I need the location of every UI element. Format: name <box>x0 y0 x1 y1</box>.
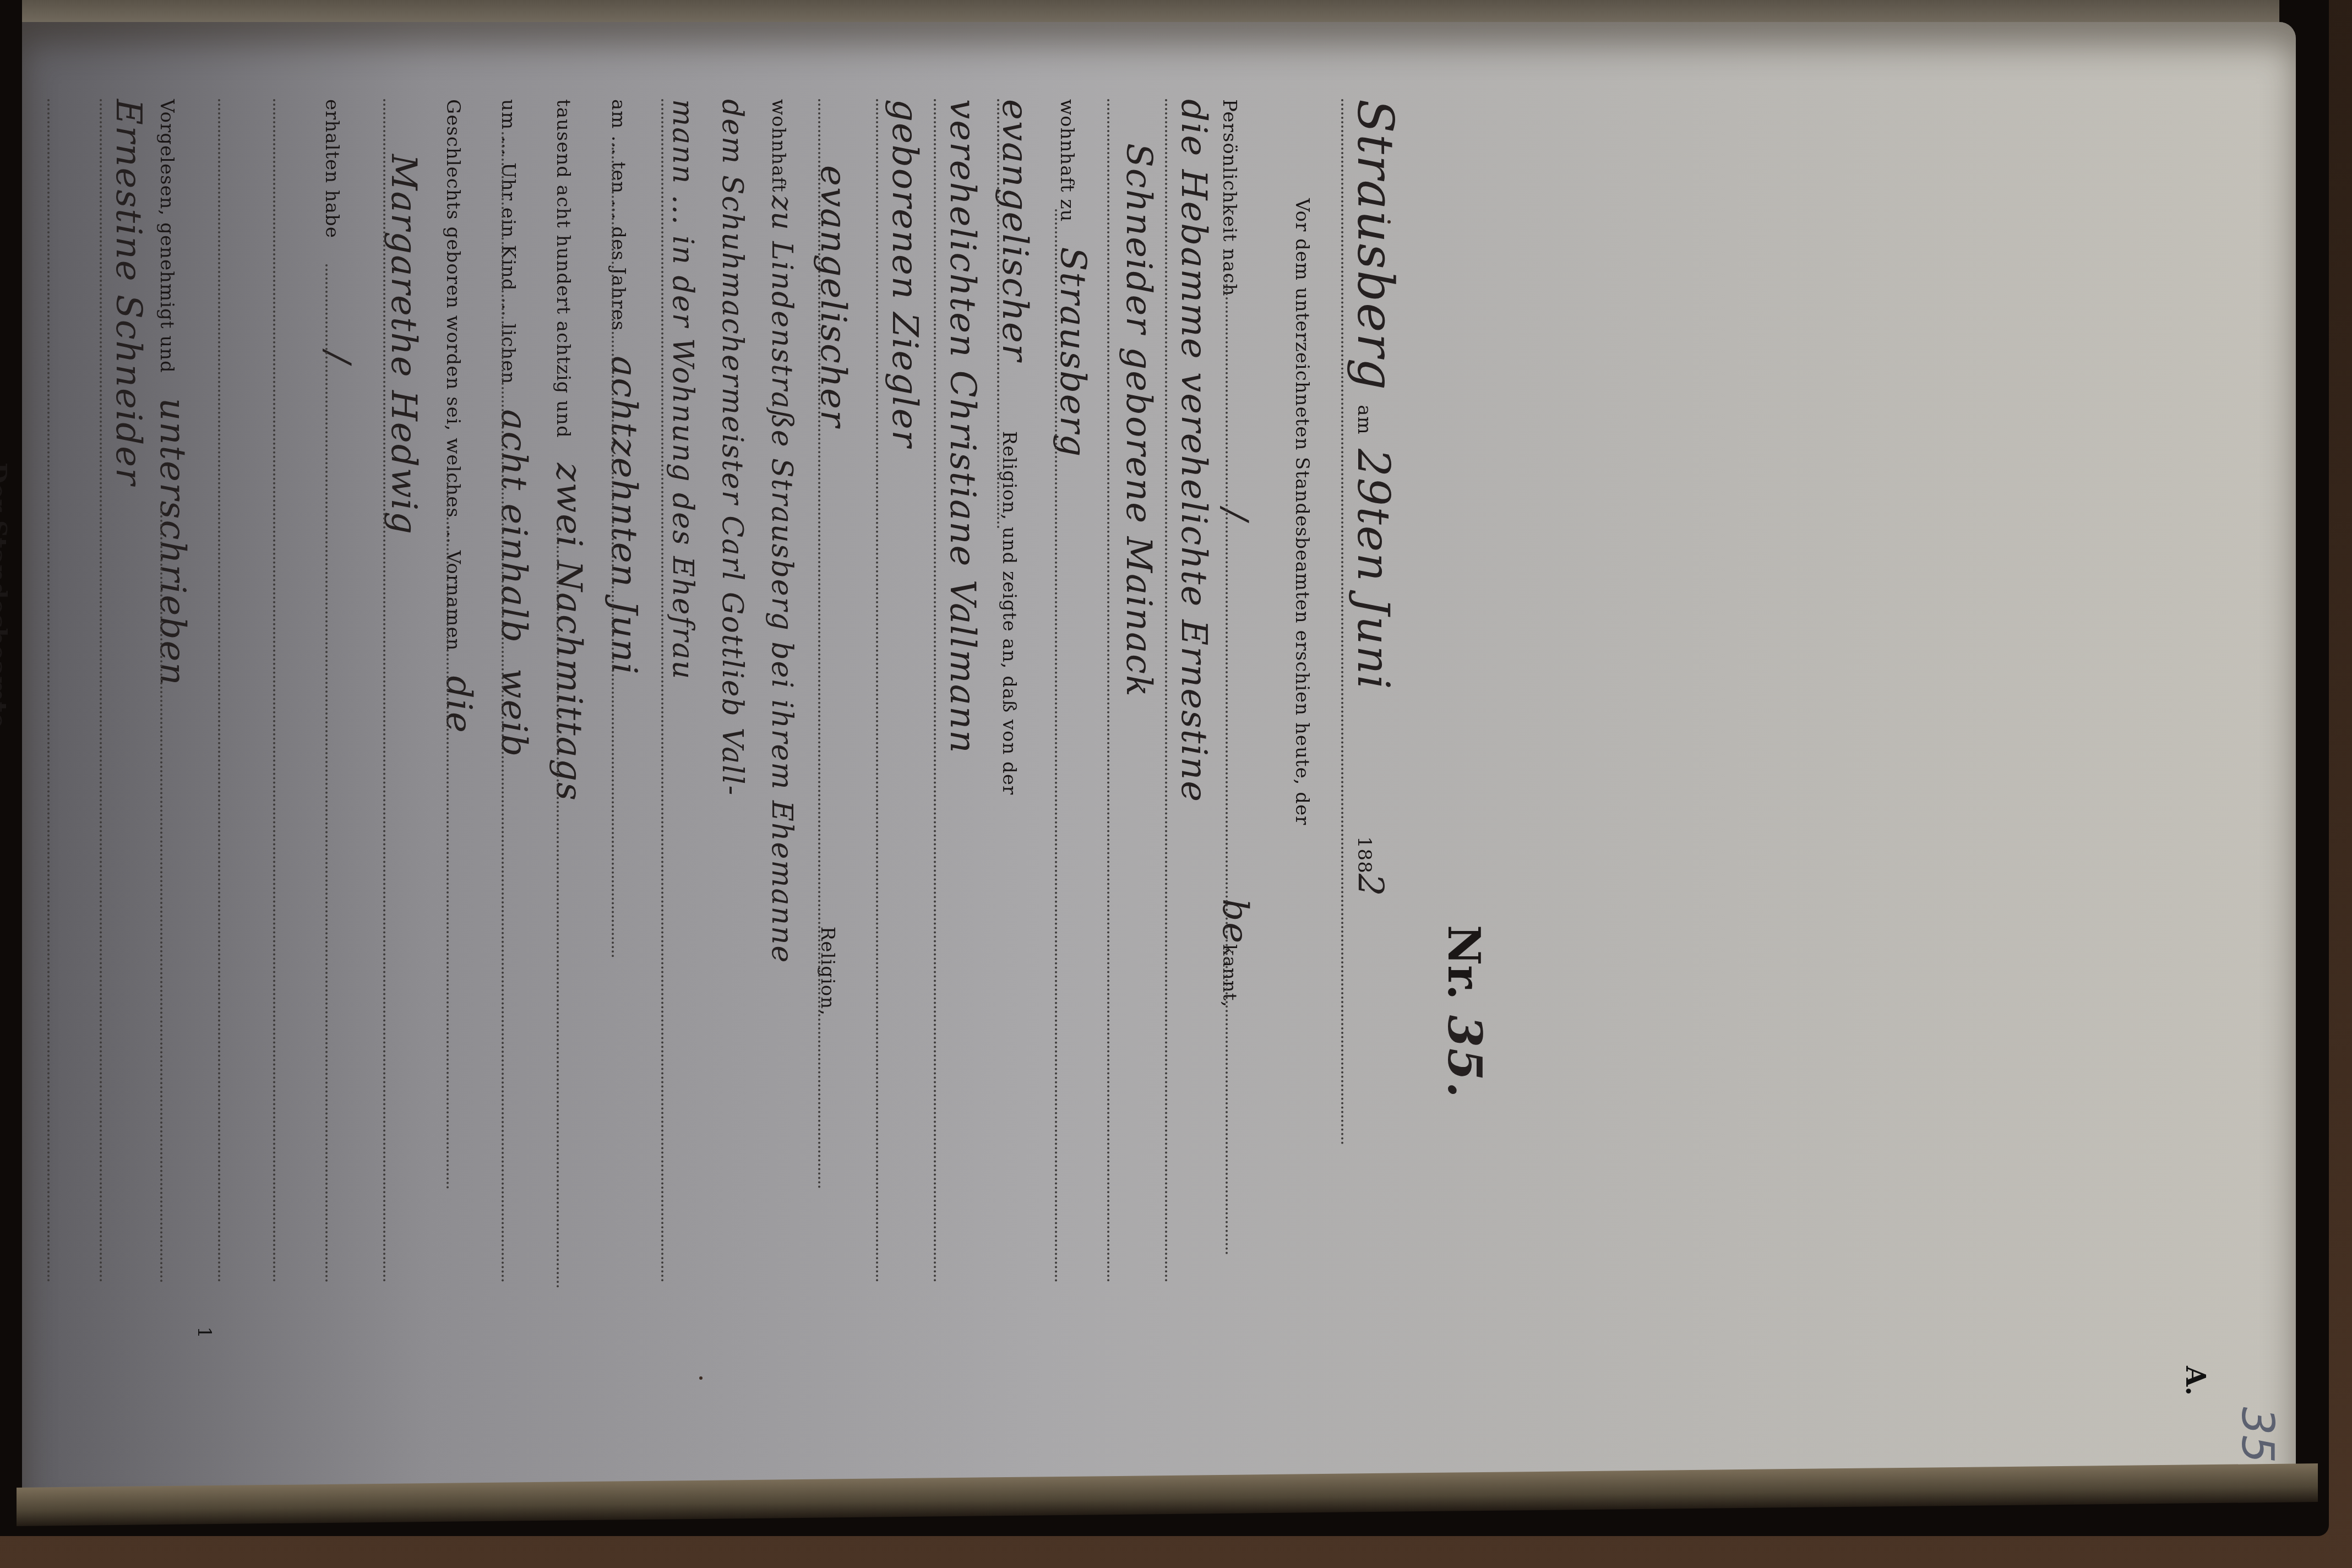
line-15-handwritten: die <box>438 676 479 734</box>
line-5-handwritten: evangelischer <box>994 99 1035 362</box>
date-handwritten: 29ten Juni <box>1348 449 1399 690</box>
line-13: tausend acht hundert achtzig und zwei Na… <box>548 99 589 802</box>
line-14-printed: um ... Uhr ein Kind ... lichen <box>497 99 519 384</box>
line-5: evangelischer Religion, und zeigte an, d… <box>994 99 1035 795</box>
official-title: Der Standesbeamte. <box>0 462 11 737</box>
register-page: A. 35 1 Nr. 35. Strausberg am 29ten Juni… <box>22 22 2296 1498</box>
corner-letter: A. <box>2180 1366 2211 1396</box>
place-handwritten: Strausberg <box>1346 99 1404 391</box>
am-label: am <box>1353 405 1375 435</box>
line-5-printed: Religion, und zeigte an, daß von der <box>998 431 1020 796</box>
line-13-printed: tausend acht hundert achtzig und <box>552 99 574 438</box>
line-9: wohnhaft zu Lindenstraße Strausberg bei … <box>765 99 798 963</box>
line-15-printed: Geschlechts geboren worden sei, welches … <box>442 99 464 651</box>
line-17: erhalten habe / <box>317 99 358 364</box>
line-0-printed: Vor dem unterzeichneten Standesbeamten e… <box>1291 198 1313 825</box>
closing-handwritten: unterschrieben <box>152 398 193 687</box>
line-1-handwritten: / <box>1215 509 1255 522</box>
line-1: Persönlichkeit nach / bekannt, <box>1215 99 1255 1008</box>
line-3-handwritten: Schneider geborene Mainack <box>1118 143 1159 698</box>
year-digit-handwritten: 2 <box>1349 874 1390 897</box>
photo-background: A. 35 1 Nr. 35. Strausberg am 29ten Juni… <box>0 0 2352 1568</box>
line-9-printed: wohnhaft <box>767 99 790 193</box>
line-10-handwritten: dem Schuhmachermeister Carl Gottlieb Val… <box>716 99 749 796</box>
line-4: wohnhaft zu Strausberg <box>1052 99 1093 458</box>
line-4-handwritten: Strausberg <box>1052 247 1093 458</box>
closing-line: Vorgelesen, genehmigt und unterschrieben <box>152 99 193 686</box>
line-11-handwritten: mann ... in der Wohnung des Ehefrau <box>666 99 699 680</box>
line-17-printed: erhalten habe <box>321 99 343 238</box>
line-1-suffix-printed: kannt, <box>1218 944 1240 1008</box>
line-14: um ... Uhr ein Kind ... lichen acht einh… <box>493 99 534 758</box>
line-15: Geschlechts geboren worden sei, welches … <box>438 99 479 734</box>
entry-number-value: 35. <box>1438 1015 1492 1099</box>
line-12: am ... ten ... des Jahres achtzehnten Ju… <box>603 99 644 676</box>
line-4-printed: wohnhaft zu <box>1056 99 1078 222</box>
pencil-folio-number: 35 <box>2232 1407 2283 1463</box>
line-16-handwritten: Margarethe Hedwig <box>383 154 424 535</box>
line-14-handwritten: acht einhalb <box>493 409 534 644</box>
entry-number: Nr. 35. <box>1438 925 1492 1099</box>
line-12-handwritten: achtzehnten Juni <box>603 356 644 676</box>
header-line: Strausberg am 29ten Juni 1882 <box>1346 99 1404 897</box>
entry-number-label: Nr. <box>1438 925 1490 1000</box>
line-1-printed: Persönlichkeit nach <box>1218 99 1240 296</box>
line-7-handwritten: geborenen Ziegler <box>884 99 925 448</box>
line-1-suffix-handwritten: be <box>1215 899 1255 944</box>
line-2-handwritten: die Hebamme verehelichte Ernestine <box>1173 99 1214 803</box>
line-14-extra-handwritten: weib <box>493 668 534 758</box>
line-13-handwritten: zwei Nachmittags <box>548 463 589 802</box>
line-12-printed: am ... ten ... des Jahres <box>607 99 629 331</box>
line-9-handwritten: zu Lindenstraße Strausberg bei ihrem Ehe… <box>765 195 798 963</box>
line-6-handwritten: verehelichten Christiane Vallmann <box>942 99 983 754</box>
year-printed: 188 <box>1353 836 1375 874</box>
birth-register-form: Nr. 35. Strausberg am 29ten Juni 1882 Vo… <box>0 99 1409 1476</box>
line-17-handwritten: / <box>317 351 358 364</box>
informant-signature: Ernestine Schneider <box>108 99 149 486</box>
closing-printed: Vorgelesen, genehmigt und <box>156 99 178 373</box>
